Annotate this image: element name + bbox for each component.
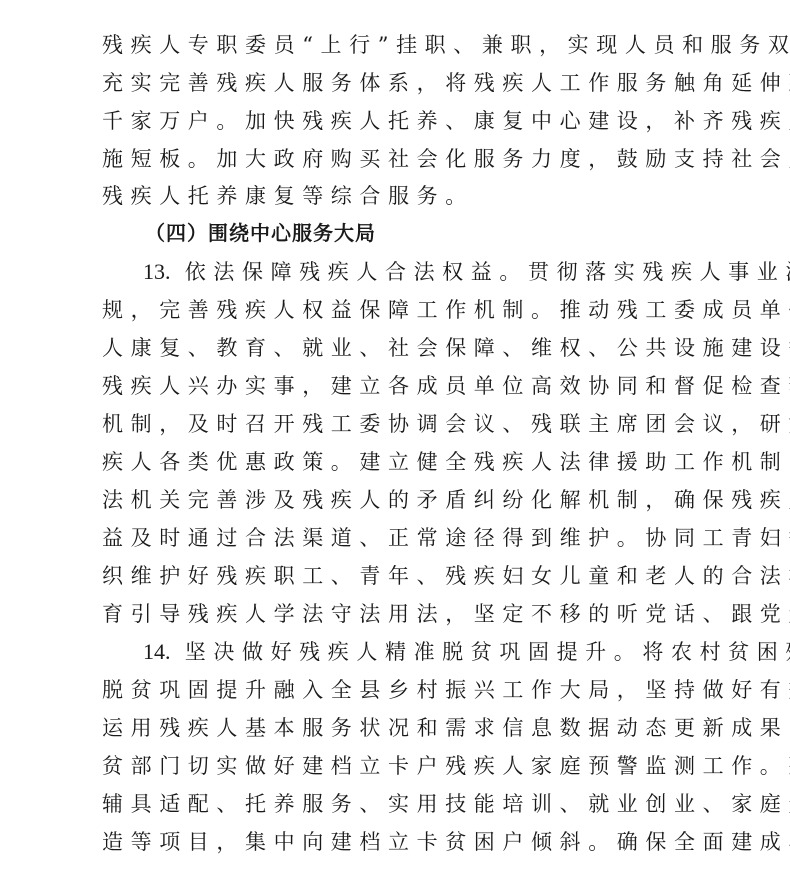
- paragraph-line: 益及时通过合法渠道、正常途径得到维护。协同工青妇等群团组: [102, 519, 702, 557]
- paragraph-line: 贫部门切实做好建档立卡户残疾人家庭预警监测工作。整合残联: [102, 747, 702, 785]
- paragraph-line: 规，完善残疾人权益保障工作机制。推动残工委成员单位在残疾: [102, 291, 702, 329]
- document-page: 残疾人专职委员“上行”挂职、兼职，实现人员和服务双向对流， 充实完善残疾人服务体…: [0, 0, 790, 881]
- paragraph-line: 人康复、教育、就业、社会保障、维权、公共设施建设等方面为: [102, 329, 702, 367]
- paragraph-line: 充实完善残疾人服务体系，将残疾人工作服务触角延伸到残疾人: [102, 64, 702, 102]
- item-14-first-line: 14. 坚决做好残疾人精准脱贫巩固提升。将农村贫困残疾人: [143, 633, 743, 671]
- item-number: 13.: [143, 259, 171, 284]
- paragraph-line: 法机关完善涉及残疾人的矛盾纠纷化解机制，确保残疾人合法权: [102, 481, 702, 519]
- section-heading: （四）围绕中心服务大局: [145, 214, 745, 252]
- paragraph-line: 千家万户。加快残疾人托养、康复中心建设，补齐残疾人基础设: [102, 102, 702, 140]
- paragraph-line: 运用残疾人基本服务状况和需求信息数据动态更新成果，配合扶: [102, 709, 702, 747]
- paragraph-line: 辅具适配、托养服务、实用技能培训、就业创业、家庭无障碍改: [102, 785, 702, 823]
- item-13-first-line: 13. 依法保障残疾人合法权益。贯彻落实残疾人事业法律法: [143, 253, 743, 291]
- paragraph-line: 施短板。加大政府购买社会化服务力度，鼓励支持社会力量开展: [102, 140, 702, 178]
- paragraph-line: 疾人各类优惠政策。建立健全残疾人法律援助工作机制，协助司: [102, 443, 702, 481]
- paragraph-line: 残疾人兴办实事，建立各成员单位高效协同和督促检查落实工作: [102, 367, 702, 405]
- paragraph-line: 织维护好残疾职工、青年、残疾妇女儿童和老人的合法权益，教: [102, 557, 702, 595]
- paragraph-line: 造等项目，集中向建档立卡贫困户倾斜。确保全面建成小康社会: [102, 823, 702, 861]
- paragraph-line: 脱贫巩固提升融入全县乡村振兴工作大局，坚持做好有效衔接。: [102, 671, 702, 709]
- paragraph-line: 育引导残疾人学法守法用法，坚定不移的听党话、跟党走。: [102, 595, 702, 633]
- paragraph-line: 残疾人托养康复等综合服务。: [102, 177, 702, 215]
- paragraph-line: 残疾人专职委员“上行”挂职、兼职，实现人员和服务双向对流，: [102, 26, 702, 64]
- item-title: 依法保障残疾人合法权益。贯彻落实残疾人事业法律法: [185, 260, 790, 284]
- item-number: 14.: [143, 639, 171, 664]
- item-title: 坚决做好残疾人精准脱贫巩固提升。将农村贫困残疾人: [185, 640, 790, 664]
- paragraph-line: 机制，及时召开残工委协调会议、残联主席团会议，研究制定残: [102, 405, 702, 443]
